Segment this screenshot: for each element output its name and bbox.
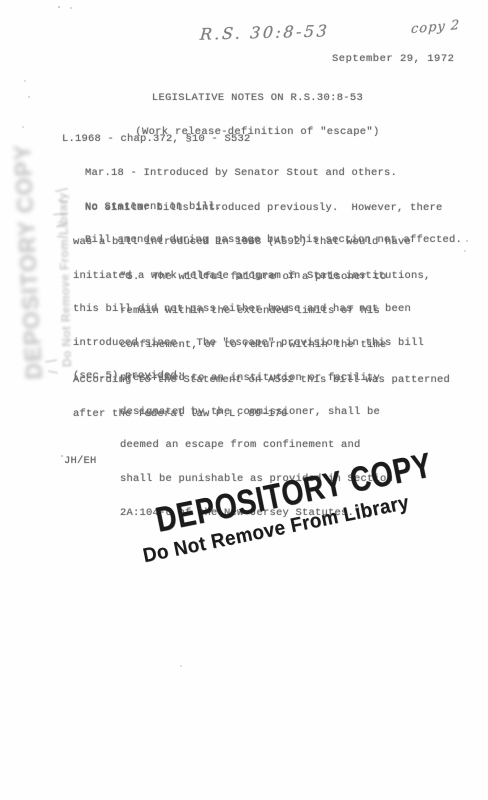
- margin-smudge: [45, 359, 57, 363]
- scan-speckles: [0, 0, 2, 2]
- scanned-document-page: DEPOSITORY COPY Do Not Remove From Libra…: [0, 0, 488, 800]
- paragraph-line: No similar bills introduced previously. …: [73, 203, 443, 214]
- side-stamp-depository-copy: DEPOSITORY COPY: [12, 203, 48, 380]
- entry-citation: L.1968 - chap.372, §10 - S532: [62, 134, 462, 145]
- quote-line: confinement, or to return within the tim…: [120, 340, 393, 351]
- handwritten-copy-note: copy 2: [411, 18, 461, 37]
- quote-line: "5. The willful failure of a prisoner to: [120, 272, 393, 283]
- title-line-1: LEGISLATIVE NOTES ON R.S.30:8-53: [30, 93, 485, 104]
- closing-line: According to the Statement on A592 this …: [73, 375, 450, 386]
- typist-initials: JH/EH: [64, 456, 97, 467]
- closing-line: after the federal law P.L. 89-176: [73, 409, 450, 420]
- entry-introduced: Mar.18 - Introduced by Senator Stout and…: [62, 168, 462, 179]
- paragraph-line: was a bill introduced in 1968 (A592) tha…: [73, 237, 443, 248]
- closing-paragraph: According to the Statement on A592 this …: [73, 353, 450, 443]
- handwritten-statute-reference: R.S. 30:8-53: [199, 21, 330, 43]
- document-date: September 29, 1972: [332, 54, 454, 65]
- margin-smudge: [48, 370, 58, 374]
- quote-line: remain within the extended limits of his: [120, 306, 393, 317]
